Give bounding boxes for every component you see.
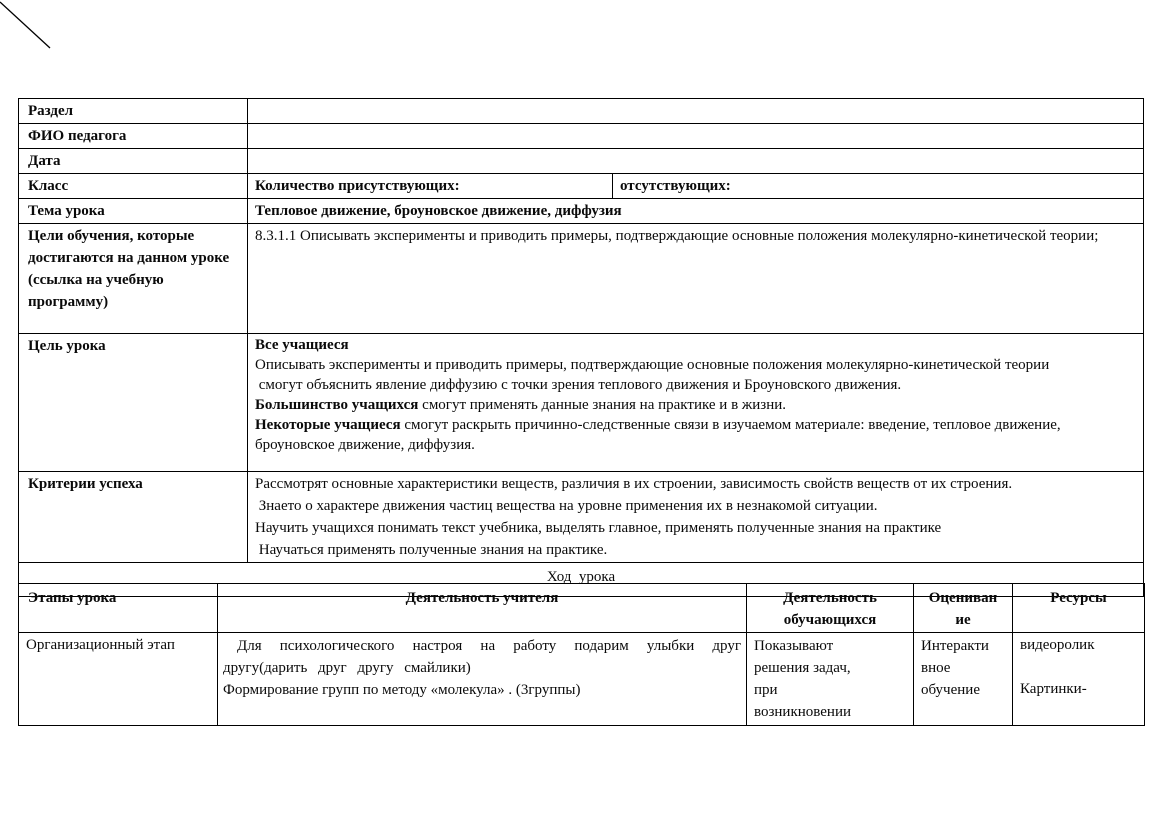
col-header-student-activity: Деятельность обучающихся [747,584,914,633]
goals-value: 8.3.1.1 Описывать эксперименты и приводи… [248,224,1144,334]
fio-value-cell[interactable] [248,124,1144,149]
col-header-teacher-activity: Деятельность учителя [218,584,747,633]
tema-label: Тема урока [19,199,248,224]
flow-data-row: Организационный этап Для психологическог… [19,633,1145,726]
assessment-cell: Интерактивное обучение [914,633,1013,726]
tema-value: Тепловое движение, броуновское движение,… [248,199,1144,224]
teacher-activity-paragraph: Для психологического настроя на работу п… [223,635,741,679]
row-objective: Цель урока Все учащиеся Описывать экспер… [19,334,1144,472]
criteria-label: Критерии успеха [19,472,248,563]
objective-label: Цель урока [19,334,248,472]
row-razdel: Раздел [19,99,1144,124]
data-value-cell[interactable] [248,149,1144,174]
teacher-activity-paragraph: Формирование групп по методу «молекула» … [223,679,741,701]
row-tema: Тема урока Тепловое движение, броуновско… [19,199,1144,224]
present-count-cell[interactable]: Количество присутствующих: [248,174,613,199]
resources-cell: видеоролик Картинки- [1013,633,1145,726]
col-header-stages: Этапы урока [19,584,218,633]
col-header-assessment: Оценивание [914,584,1013,633]
criteria-line: Рассмотрят основные характеристики вещес… [255,473,1136,495]
objective-line-some: Некоторые учащиеся смогут раскрыть причи… [255,415,1136,455]
all-students-bold: Все учащиеся [255,337,349,353]
fio-label: ФИО педагога [19,124,248,149]
criteria-line: Знаето о характере движения частиц вещес… [255,495,1136,517]
objective-line-most: Большинство учащихся смогут применять да… [255,395,1136,415]
row-criteria: Критерии успеха Рассмотрят основные хара… [19,472,1144,563]
diagonal-pen-mark [0,0,60,55]
lesson-flow-table: Этапы урока Деятельность учителя Деятель… [18,583,1145,726]
most-students-rest: смогут применять данные знания на практи… [418,397,786,413]
row-fio: ФИО педагога [19,124,1144,149]
student-activity-cell: Показывают решения задач, при возникнове… [747,633,914,726]
row-data: Дата [19,149,1144,174]
most-students-bold: Большинство учащихся [255,397,418,413]
col-header-resources: Ресурсы [1013,584,1145,633]
flow-header-row: Этапы урока Деятельность учителя Деятель… [19,584,1145,633]
lesson-plan-document: Раздел ФИО педагога Дата Класс Количеств… [0,0,1170,827]
data-label: Дата [19,149,248,174]
lesson-info-table: Раздел ФИО педагога Дата Класс Количеств… [18,98,1144,597]
objective-line-explain: смогут объяснить явление диффузию с точк… [255,375,1136,395]
klass-label: Класс [19,174,248,199]
teacher-activity-cell: Для психологического настроя на работу п… [218,633,747,726]
absent-count-cell[interactable]: отсутствующих: [613,174,1144,199]
row-klass: Класс Количество присутствующих: отсутст… [19,174,1144,199]
criteria-value: Рассмотрят основные характеристики вещес… [248,472,1144,563]
goals-label: Цели обучения, которые достигаются на да… [19,224,248,334]
razdel-label: Раздел [19,99,248,124]
objective-value: Все учащиеся Описывать эксперименты и пр… [248,334,1144,472]
criteria-line: Научить учащихся понимать текст учебника… [255,517,1136,539]
stage-cell: Организационный этап [19,633,218,726]
objective-line-describe: Описывать эксперименты и приводить приме… [255,355,1136,375]
some-students-bold: Некоторые учащиеся [255,417,401,433]
razdel-value-cell[interactable] [248,99,1144,124]
row-goals: Цели обучения, которые достигаются на да… [19,224,1144,334]
criteria-line: Научаться применять полученные знания на… [255,539,1136,561]
